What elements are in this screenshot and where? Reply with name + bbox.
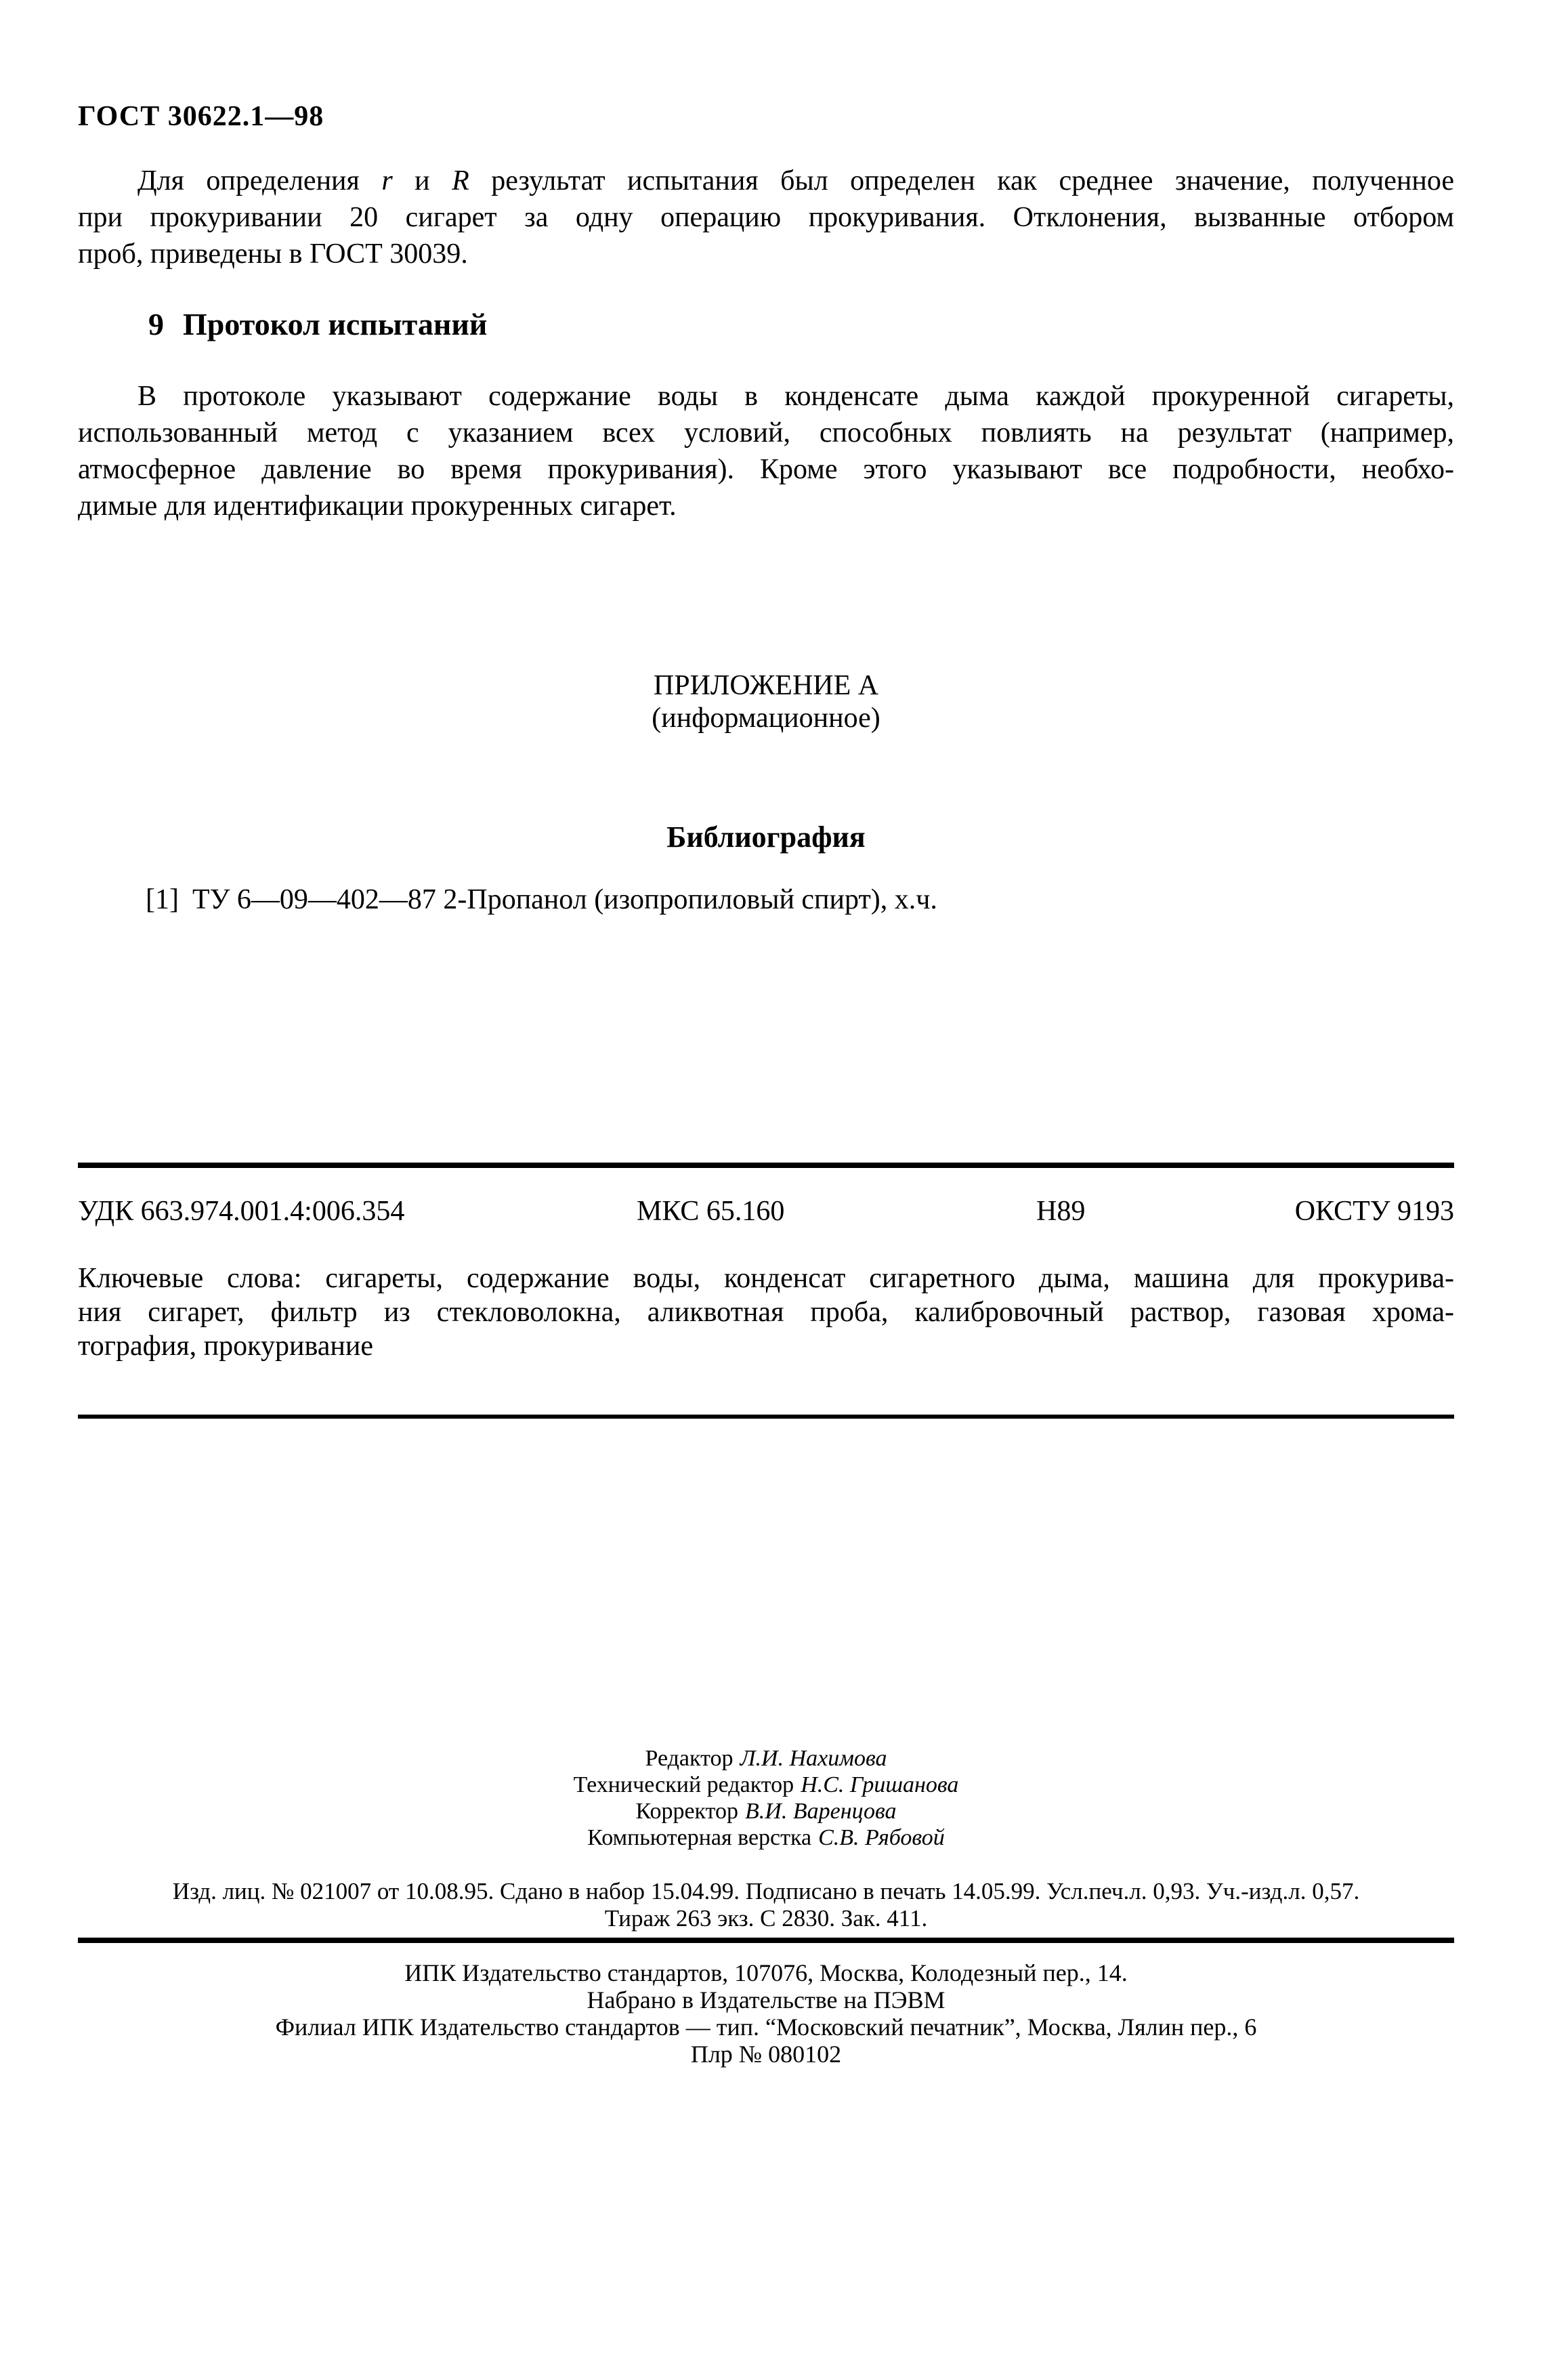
credit-role: Технический редактор [574,1772,794,1797]
divider-rule-bottom [78,1938,1454,1943]
variable-r: r [381,165,392,196]
udk-code: УДК 663.974.001.4:006.354 [78,1195,404,1228]
paragraph-line: В протоколе указывают содержание воды в … [78,378,1454,415]
doc-number: ГОСТ 30622.1—98 [78,100,1454,133]
appendix-heading: ПРИЛОЖЕНИЕ А (информационное) [78,669,1454,734]
divider-rule-middle [78,1415,1454,1419]
paragraph-determination: Для определения r и R результат испытани… [78,163,1454,272]
credit-line: Компьютерная версткаС.В. Рябовой [78,1824,1454,1851]
editorial-credits: РедакторЛ.И. Нахимова Технический редакт… [78,1745,1454,1851]
credit-line: Технический редакторН.С. Гришанова [78,1772,1454,1798]
publisher-address: ИПК Издательство стандартов, 107076, Мос… [78,1959,1454,1986]
paragraph-protocol: В протоколе указывают содержание воды в … [78,378,1454,524]
text-run: Для определения [137,165,381,196]
keywords-line: тография, прокуривание [78,1329,1454,1363]
credit-role: Компьютерная верстка [587,1825,811,1850]
print-license-block: Изд. лиц. № 021007 от 10.08.95. Сдано в … [78,1878,1454,1932]
appendix-title: ПРИЛОЖЕНИЕ А [78,669,1454,702]
classification-codes-row: УДК 663.974.001.4:006.354 МКС 65.160 Н89… [78,1195,1454,1230]
text-run: результат испытания был определен как ср… [469,165,1454,196]
variable-R: R [452,165,469,196]
bibliography-entry: [1]ТУ 6—09—402—87 2-Пропанол (изопропило… [78,883,1522,916]
section-title: Протокол испытаний [183,307,487,341]
entry-text: ТУ 6—09—402—87 2-Пропанол (изопропиловый… [192,884,937,915]
credit-name: В.И. Варенцова [745,1799,897,1824]
credit-name: Н.С. Гришанова [801,1772,958,1797]
credit-role: Редактор [645,1746,734,1771]
entry-ref: [1] [146,884,179,915]
mks-code: МКС 65.160 [637,1195,784,1228]
paragraph-line: использованный метод с указанием всех ус… [78,415,1454,451]
keywords-line: ния сигарет, фильтр из стекловолокна, ал… [78,1295,1454,1329]
keywords-paragraph: Ключевые слова: сигареты, содержание вод… [78,1261,1454,1363]
keywords-line: Ключевые слова: сигареты, содержание вод… [78,1261,1454,1295]
appendix-subtitle: (информационное) [78,702,1454,734]
paragraph-line: атмосферное давление во время прокуриван… [78,451,1454,488]
publisher-note: Набрано в Издательстве на ПЭВМ [78,1986,1454,2013]
credit-line: РедакторЛ.И. Нахимова [78,1745,1454,1772]
paragraph-line: Для определения r и R результат испытани… [78,163,1454,199]
publisher-block: ИПК Издательство стандартов, 107076, Мос… [78,1959,1454,2068]
text-run: и [393,165,452,196]
license-line: Изд. лиц. № 021007 от 10.08.95. Сдано в … [78,1878,1454,1905]
print-run-line: Тираж 263 экз. С 2830. Зак. 411. [78,1905,1454,1932]
bibliography-title: Библиография [78,820,1454,854]
publisher-branch: Филиал ИПК Издательство стандартов — тип… [78,2013,1454,2041]
okstu-code: ОКСТУ 9193 [1295,1195,1454,1228]
document-page: ГОСТ 30622.1—98 Для определения r и R ре… [0,0,1551,2380]
credit-name: Л.И. Нахимова [740,1746,887,1771]
credit-line: КорректорВ.И. Варенцова [78,1798,1454,1824]
paragraph-line: димые для идентификации прокуренных сига… [78,488,1454,524]
group-code: Н89 [1036,1195,1085,1228]
divider-rule-top [78,1163,1454,1168]
section-9-heading: 9Протокол испытаний [78,306,1525,342]
paragraph-line: проб, приведены в ГОСТ 30039. [78,236,1454,272]
credit-name: С.В. Рябовой [818,1825,945,1850]
section-number: 9 [148,307,164,341]
credit-role: Корректор [635,1799,738,1824]
publisher-plr: Плр № 080102 [78,2041,1454,2068]
paragraph-line: при прокуривании 20 сигарет за одну опер… [78,199,1454,236]
